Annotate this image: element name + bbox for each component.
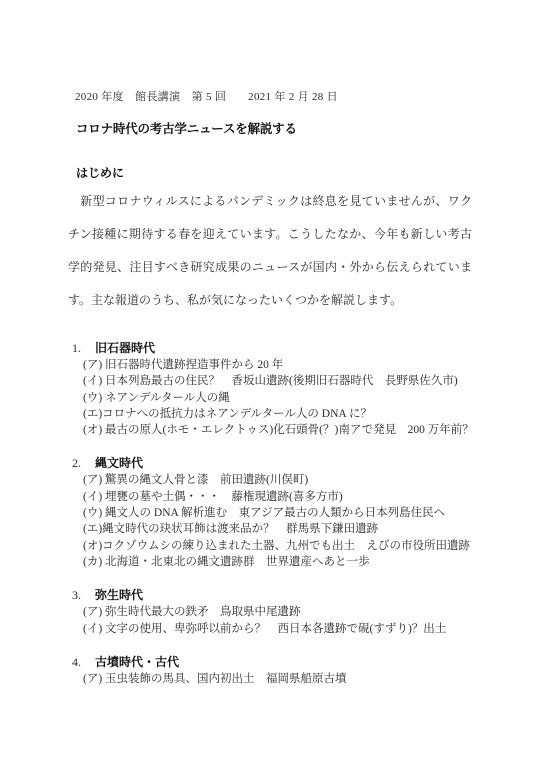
section-items: (ア) 弥生時代最大の鉄矛 鳥取県中尾遺跡 (イ) 文字の使用、卑弥呼以前から？… — [83, 604, 472, 637]
list-item: (ア) 驚異の縄文人骨と漆 前田遺跡(川俣町) — [83, 472, 472, 488]
list-item: (エ)縄文時代の玦状耳飾は渡来品か？ 群馬県下鎌田遺跡 — [83, 521, 472, 537]
list-item: (イ) 文字の使用、卑弥呼以前から？ 西日本各遺跡で硯(すずり)？出土 — [83, 621, 472, 637]
outline-list: 1.旧石器時代 (ア) 旧石器時代遺跡捏造事件から 20 年 (イ) 日本列島最… — [68, 340, 472, 687]
doc-title: コロナ時代の考古学ニュースを解説する — [76, 121, 472, 137]
list-item: (ア) 玉虫装飾の馬具、国内初出土 福岡県船原古墳 — [83, 671, 472, 687]
section-title: 縄文時代 — [95, 456, 143, 470]
list-item: (オ) 最古の原人(ホモ・エレクトゥス)化石頭骨(？)南アで発見 200 万年前… — [83, 422, 472, 438]
section-items: (ア) 旧石器時代遺跡捏造事件から 20 年 (イ) 日本列島最古の住民？ 香坂… — [83, 357, 472, 438]
section-number: 3. — [72, 587, 95, 604]
section-number: 1. — [72, 340, 95, 357]
section-number: 2. — [72, 455, 95, 472]
list-item: (ウ) 縄文人の DNA 解析進む 東アジア最古の人類から日本列島住民へ — [83, 505, 472, 521]
doc-date: 2021 年 2 月 28 日 — [248, 91, 338, 103]
section-paleolithic: 1.旧石器時代 (ア) 旧石器時代遺跡捏造事件から 20 年 (イ) 日本列島最… — [72, 340, 472, 438]
intro-paragraph-line: 学的発見、注目すべき研究成果のニュースが国内・外から伝えられていま — [68, 251, 472, 284]
section-title: 弥生時代 — [95, 588, 143, 602]
doc-header: 2020 年度 館長講演 第 5 回2021 年 2 月 28 日 — [75, 90, 472, 104]
list-item: (ウ) ネアンデルタール人の縄 — [83, 390, 472, 406]
list-item: (エ)コロナへの抵抗力はネアンデルタール人の DNA に？ — [83, 406, 472, 422]
section-heading: 4.古墳時代・古代 — [72, 654, 472, 671]
section-title: 古墳時代・古代 — [95, 655, 179, 669]
intro-paragraph-line: チン接種に期待する春を迎えています。こうしたなか、今年も新しい考古 — [68, 218, 472, 251]
session-info: 2020 年度 館長講演 第 5 回 — [75, 91, 226, 103]
document-page: 2020 年度 館長講演 第 5 回2021 年 2 月 28 日 コロナ時代の… — [0, 0, 540, 764]
list-item: (ア) 弥生時代最大の鉄矛 鳥取県中尾遺跡 — [83, 604, 472, 620]
list-item: (イ) 日本列島最古の住民？ 香坂山遺跡(後期旧石器時代 長野県佐久市) — [83, 373, 472, 389]
section-number: 4. — [72, 654, 95, 671]
list-item: (オ)コクゾウムシの練り込まれた土器、九州でも出土 えびの市役所田遺跡 — [83, 538, 472, 554]
section-items: (ア) 玉虫装飾の馬具、国内初出土 福岡県船原古墳 — [83, 671, 472, 687]
intro-paragraph-line: 新型コロナウィルスによるパンデミックは終息を見ていませんが、ワク — [68, 185, 472, 218]
list-item: (イ) 埋甕の墓や土偶・・・ 藤権現遺跡(喜多方市) — [83, 489, 472, 505]
section-items: (ア) 驚異の縄文人骨と漆 前田遺跡(川俣町) (イ) 埋甕の墓や土偶・・・ 藤… — [83, 472, 472, 570]
section-heading: 1.旧石器時代 — [72, 340, 472, 357]
intro-heading: はじめに — [76, 165, 472, 181]
list-item: (カ) 北海道・北東北の縄文遺跡群 世界遺産へあと一歩 — [83, 554, 472, 570]
section-title: 旧石器時代 — [95, 341, 155, 355]
section-yayoi: 3.弥生時代 (ア) 弥生時代最大の鉄矛 鳥取県中尾遺跡 (イ) 文字の使用、卑… — [72, 587, 472, 637]
section-jomon: 2.縄文時代 (ア) 驚異の縄文人骨と漆 前田遺跡(川俣町) (イ) 埋甕の墓や… — [72, 455, 472, 570]
intro-paragraph-line: す。主な報道のうち、私が気になったいくつかを解説します。 — [68, 284, 472, 317]
section-heading: 3.弥生時代 — [72, 587, 472, 604]
section-heading: 2.縄文時代 — [72, 455, 472, 472]
intro-paragraph: 新型コロナウィルスによるパンデミックは終息を見ていませんが、ワク チン接種に期待… — [68, 185, 472, 317]
list-item: (ア) 旧石器時代遺跡捏造事件から 20 年 — [83, 357, 472, 373]
section-kofun: 4.古墳時代・古代 (ア) 玉虫装飾の馬具、国内初出土 福岡県船原古墳 — [72, 654, 472, 687]
